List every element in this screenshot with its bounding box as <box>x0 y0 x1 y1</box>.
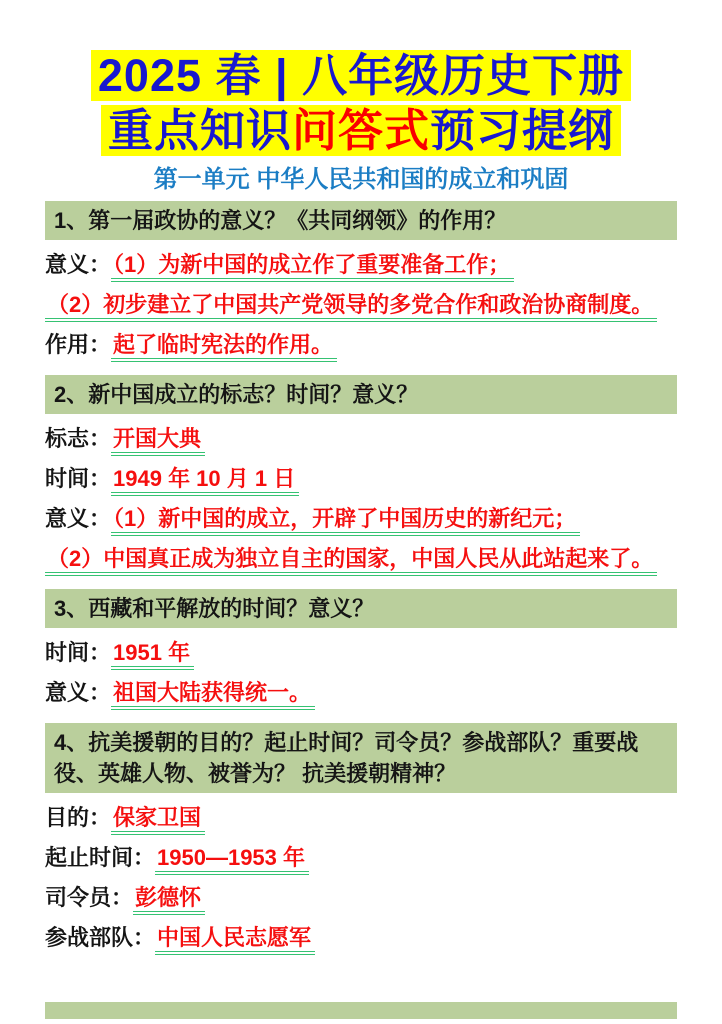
answer-text: （2）初步建立了中国共产党领导的多党合作和政治协商制度。 <box>45 292 657 322</box>
answer-line: 时间：1951 年 <box>45 638 677 668</box>
answer-text: 中国人民志愿军 <box>155 925 315 955</box>
answer-text: 1949 年 10 月 1 日 <box>111 466 299 496</box>
answer-line: 意义：（1）新中国的成立，开辟了中国历史的新纪元； <box>45 504 677 534</box>
question-bar: 3、西藏和平解放的时间？意义？ <box>45 589 677 628</box>
title-line-2-highlight: 问答式 <box>292 105 430 156</box>
document-page: 2025 春 | 八年级历史下册 重点知识问答式预习提纲 第一单元 中华人民共和… <box>0 0 722 1024</box>
answer-line: 目的：保家卫国 <box>45 803 677 833</box>
title-line-1-text: 2025 春 | 八年级历史下册 <box>91 50 631 101</box>
next-section-bar-partial <box>45 1002 677 1019</box>
answer-text: 1950—1953 年 <box>155 845 309 875</box>
answer-label: 标志： <box>45 426 111 451</box>
answer-line: 参战部队：中国人民志愿军 <box>45 923 677 953</box>
answer-text: 彭德怀 <box>133 885 205 915</box>
answer-text: 保家卫国 <box>111 805 205 835</box>
answer-text: 1951 年 <box>111 640 194 670</box>
question-bar: 4、抗美援朝的目的？起止时间？司令员？参战部队？重要战役、英雄人物、被誉为？ 抗… <box>45 723 677 793</box>
answer-label: 意义： <box>45 252 111 277</box>
answer-label: 起止时间： <box>45 845 155 870</box>
answer-line: 司令员：彭德怀 <box>45 883 677 913</box>
answer-text: （1）为新中国的成立作了重要准备工作； <box>111 252 514 282</box>
question-bar: 2、新中国成立的标志？时间？意义？ <box>45 375 677 414</box>
answer-label: 意义： <box>45 506 111 531</box>
question-bar: 1、第一届政协的意义？《共同纲领》的作用？ <box>45 201 677 240</box>
title-line-2-text: 重点知识问答式预习提纲 <box>101 105 621 156</box>
answer-line: （2）中国真正成为独立自主的国家，中国人民从此站起来了。 <box>45 544 677 574</box>
title-line-2-pre: 重点知识 <box>108 105 292 156</box>
qa-content: 1、第一届政协的意义？《共同纲领》的作用？意义：（1）为新中国的成立作了重要准备… <box>45 201 677 953</box>
answer-text: 开国大典 <box>111 426 205 456</box>
answer-line: 意义：（1）为新中国的成立作了重要准备工作； <box>45 250 677 280</box>
answer-label: 意义： <box>45 680 111 705</box>
answer-text: 祖国大陆获得统一。 <box>111 680 315 710</box>
answer-line: 意义：祖国大陆获得统一。 <box>45 678 677 708</box>
answer-label: 目的： <box>45 805 111 830</box>
answer-line: （2）初步建立了中国共产党领导的多党合作和政治协商制度。 <box>45 290 677 320</box>
main-title-line-1: 2025 春 | 八年级历史下册 <box>0 48 722 103</box>
main-title-line-2: 重点知识问答式预习提纲 <box>0 103 722 158</box>
answer-line: 时间：1949 年 10 月 1 日 <box>45 464 677 494</box>
answer-label: 时间： <box>45 466 111 491</box>
answer-label: 作用： <box>45 332 111 357</box>
answer-text: 起了临时宪法的作用。 <box>111 332 337 362</box>
answer-text: （2）中国真正成为独立自主的国家，中国人民从此站起来了。 <box>45 546 657 576</box>
answer-line: 起止时间：1950—1953 年 <box>45 843 677 873</box>
answer-label: 司令员： <box>45 885 133 910</box>
answer-label: 参战部队： <box>45 925 155 950</box>
title-block: 2025 春 | 八年级历史下册 重点知识问答式预习提纲 第一单元 中华人民共和… <box>0 0 722 195</box>
answer-line: 标志：开国大典 <box>45 424 677 454</box>
title-line-2-post: 预习提纲 <box>430 105 614 156</box>
answer-label: 时间： <box>45 640 111 665</box>
answer-text: （1）新中国的成立，开辟了中国历史的新纪元； <box>111 506 580 536</box>
unit-subtitle: 第一单元 中华人民共和国的成立和巩固 <box>0 165 722 195</box>
answer-line: 作用：起了临时宪法的作用。 <box>45 330 677 360</box>
